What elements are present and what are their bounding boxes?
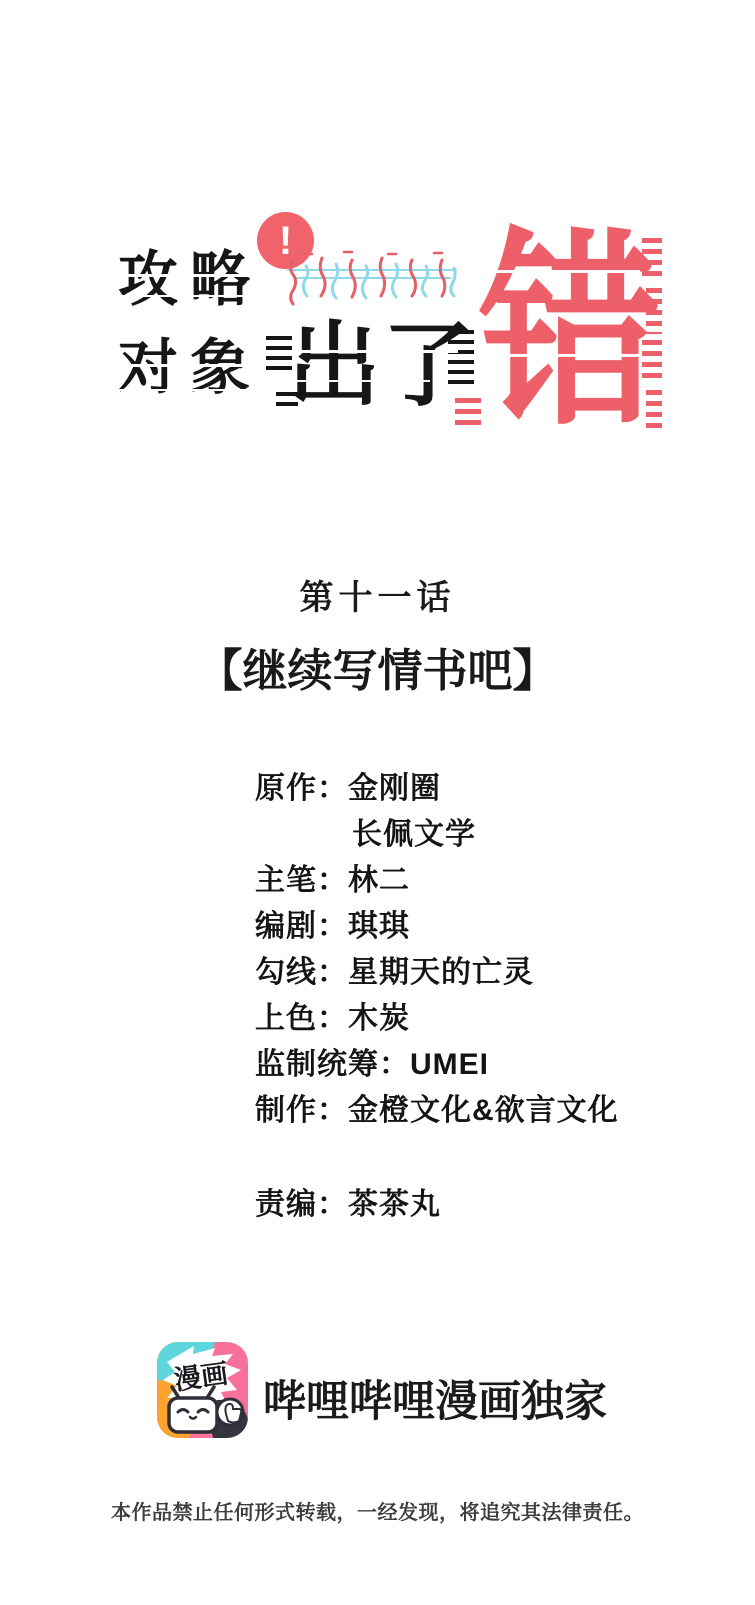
title-word-gonglue: 攻略 (118, 250, 262, 310)
credit-row-supervisor: 监制统筹：UMEI (255, 1042, 695, 1088)
glitch-streak (646, 390, 662, 428)
title-word-cuo: 错 (480, 228, 661, 437)
glitch-slice (118, 389, 264, 391)
chapter-number: 第十一话 (0, 570, 755, 619)
series-title-logo: ! 攻略 对象 出了 错 (0, 0, 755, 460)
credit-row-production: 制作：金橙文化&欲言文化 (255, 1088, 695, 1134)
glitch-slice (118, 295, 264, 297)
glitch-slice (290, 350, 458, 353)
credit-row-editor: 责编：茶茶丸 (255, 1182, 695, 1228)
glitch-streak (642, 340, 662, 382)
glitch-slice (290, 380, 430, 382)
glitch-slice (482, 354, 640, 357)
glitch-ghost-decoration (284, 248, 464, 310)
glitch-streak (642, 238, 662, 280)
glitch-streak (646, 288, 662, 334)
credit-row-original-source: 长佩文学 (255, 812, 695, 858)
bilibili-manga-app-icon: 漫画 (157, 1342, 248, 1438)
glitch-slice (118, 364, 264, 367)
glitch-streak (276, 392, 298, 410)
credit-row-screenwriter: 编剧：琪琪 (255, 904, 695, 950)
credit-row-original-author: 原作：金刚圈 (255, 766, 695, 812)
chapter-title: 【继续写情书吧】 (0, 634, 755, 699)
credit-row-coloring: 上色：木炭 (255, 996, 695, 1042)
glitch-streak (455, 398, 481, 428)
glitch-streak (448, 330, 474, 386)
publisher-brand: 漫画 哔哩哔哩漫画独家 (0, 1342, 755, 1442)
copyright-disclaimer: 本作品禁止任何形式转载，一经发现，将追究其法律责任。 (0, 1496, 755, 1525)
glitch-slice (118, 274, 264, 277)
credit-row-lead-artist: 主笔：林二 (255, 858, 695, 904)
glitch-streak (266, 336, 292, 370)
credit-row-lineart: 勾线：星期天的亡灵 (255, 950, 695, 996)
credits-block: 原作：金刚圈 长佩文学 主笔：林二 编剧：琪琪 勾线：星期天的亡灵 上色：木炭 … (255, 766, 695, 1228)
glitch-slice (482, 270, 640, 273)
exclusive-label: 哔哩哔哩漫画独家 (263, 1368, 607, 1429)
manga-title-page: ! 攻略 对象 出了 错 (0, 0, 755, 1605)
